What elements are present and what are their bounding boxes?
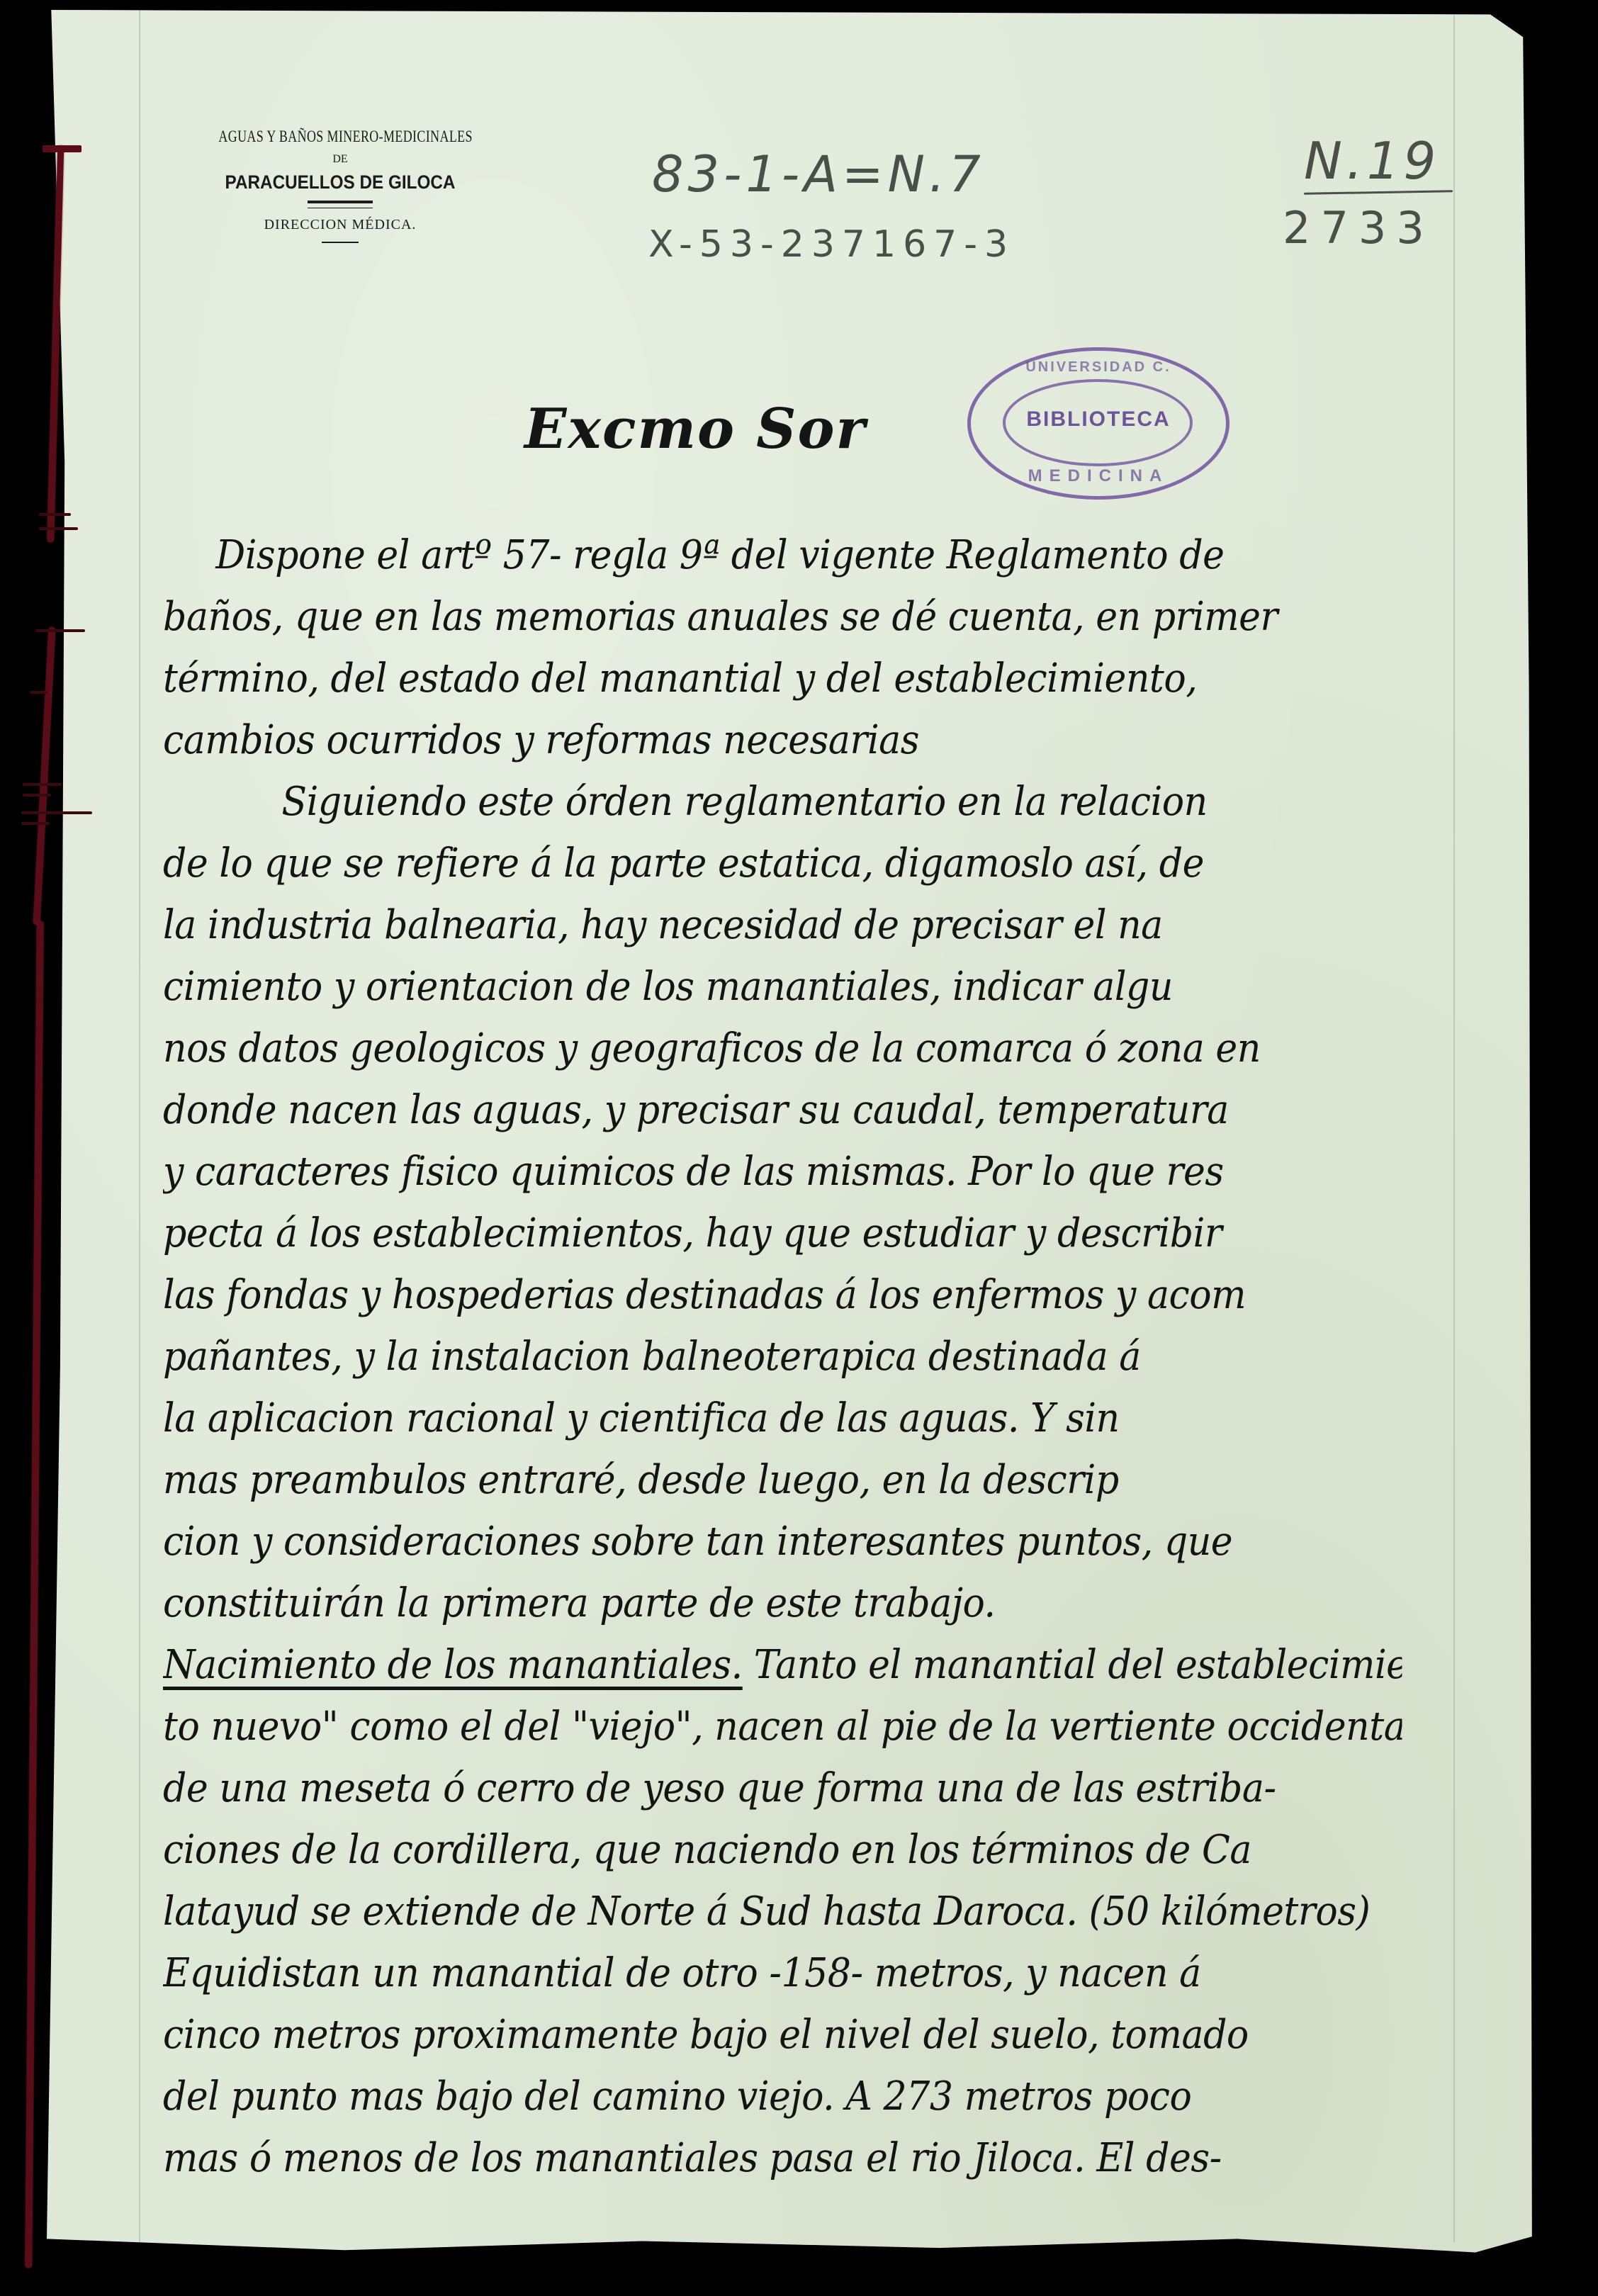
letterhead: AGUAS Y BAÑOS MINERO-MEDICINALES DE PARA… [184,128,496,243]
body-line: cimiento y orientacion de los manantiale… [163,956,1402,1018]
binding-stitch [21,811,92,814]
stamp-center-text: BIBLIOTECA [971,407,1226,432]
letterhead-department: DIRECCION MÉDICA. [184,217,496,233]
section-heading: Nacimiento de los manantiales. [163,1642,743,1688]
binding-stitch [30,691,47,694]
body-line: Dispone el artº 57- regla 9ª del vigente… [163,524,1402,586]
body-line: término, del estado del manantial y del … [163,648,1402,709]
body-line: cinco metros proximamente bajo el nivel … [163,2004,1402,2066]
document-number: N.19 [1304,131,1440,191]
body-line: donde nacen las aguas, y precisar su cau… [163,1079,1402,1141]
letterhead-title: AGUAS Y BAÑOS MINERO-MEDICINALES [218,128,461,146]
body-line: constituirán la primera parte de este tr… [163,1572,1402,1634]
archival-reference-1: 83-1-A=N.7 [652,145,985,203]
stamp-bottom-text: MEDICINA [971,466,1226,486]
body-line: cion y consideraciones sobre tan interes… [163,1511,1402,1572]
letterhead-de: DE [184,153,496,166]
binding-stitch [23,794,51,797]
body-line: la industria balnearia, hay necesidad de… [163,894,1402,956]
binding-stitch [23,783,62,786]
body-line: pañantes, y la instalacion balneoterapic… [163,1326,1402,1388]
letterhead-double-rule [308,201,373,208]
binding-thread [33,627,55,925]
body-line: las fondas y hospederias destinadas á lo… [163,1264,1402,1326]
body-line: mas preambulos entraré, desde luego, en … [163,1449,1402,1511]
letterhead-rule [322,242,359,243]
body-line: baños, que en las memorias anuales se dé… [163,586,1402,648]
body-line: Equidistan un manantial de otro -158- me… [163,1942,1402,2004]
binding-stitch [39,513,71,516]
manuscript-body: Dispone el artº 57- regla 9ª del vigente… [163,524,1495,2189]
letterhead-place: PARACUELLOS DE GILOCA [200,171,480,193]
binding-stitch [39,527,78,530]
body-line: de lo que se refiere á la parte estatica… [163,833,1402,894]
binding-stitch [35,629,85,632]
body-line: latayud se extiende de Norte á Sud hasta… [163,1881,1402,1942]
salutation: Excmo Sor [524,397,867,461]
binding-stitch [21,822,50,825]
body-line: cambios ocurridos y reformas necesarias [163,709,1402,771]
archival-reference-2: X-53-237167-3 [648,223,1015,266]
body-line: pecta á los establecimientos, hay que es… [163,1203,1402,1264]
stamp-top-text: UNIVERSIDAD C. [971,359,1226,376]
body-line: nos datos geologicos y geograficos de la… [163,1018,1402,1079]
body-line: mas ó menos de los manantiales pasa el r… [163,2127,1402,2189]
body-line: Siguiendo este órden reglamentario en la… [163,771,1402,833]
library-stamp: UNIVERSIDAD C. BIBLIOTECA MEDICINA [967,347,1230,500]
accession-number: 2733 [1283,202,1434,254]
body-line: to nuevo" como el del "viejo", nacen al … [163,1696,1402,1757]
left-margin-rule [139,10,140,2242]
binding-stitch [43,145,81,152]
body-line-with-heading: Nacimiento de los manantiales. Tanto el … [163,1634,1402,1696]
body-line: la aplicacion racional y cientifica de l… [163,1388,1402,1449]
body-line: de una meseta ó cerro de yeso que forma … [163,1757,1402,1819]
body-line: del punto mas bajo del camino viejo. A 2… [163,2066,1402,2127]
binding-thread [26,921,44,2268]
body-line: ciones de la cordillera, que naciendo en… [163,1819,1402,1881]
body-line: y caracteres fisico quimicos de las mism… [163,1141,1402,1203]
body-line-continuation: Tanto el manantial del establecimien [754,1642,1402,1688]
